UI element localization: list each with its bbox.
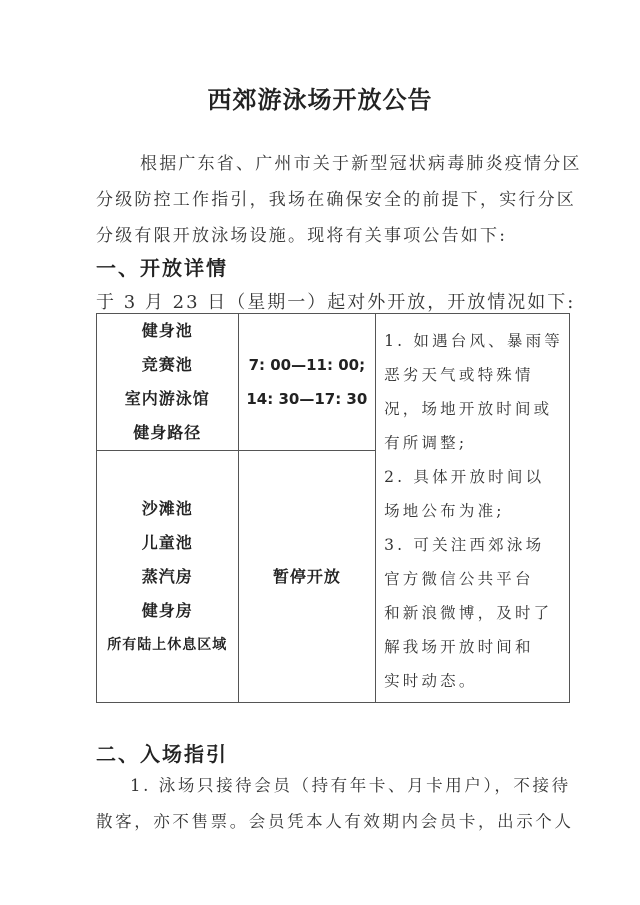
- entry-guide-paragraph: 1. 泳场只接待会员（持有年卡、月卡用户），不接待 散客，亦不售票。会员凭本人有…: [96, 768, 570, 840]
- table-row: 健身池 竞赛池 室内游泳馆 健身路径 7: 00—11: 00; 14: 30—…: [97, 314, 570, 451]
- hours-cell: 7: 00—11: 00; 14: 30—17: 30: [238, 314, 375, 451]
- note-line: 场地公布为准;: [384, 494, 563, 528]
- facility: 健身池: [97, 314, 238, 348]
- notes-cell: 1. 如遇台风、暴雨等 恶劣天气或特殊情 况，场地开放时间或 有所调整; 2. …: [376, 314, 570, 703]
- intro-line: 分级有限开放泳场设施。现将有关事项公告如下:: [96, 218, 570, 254]
- facility: 儿童池: [97, 526, 238, 560]
- intro-line: 分级防控工作指引，我场在确保安全的前提下，实行分区: [96, 182, 570, 218]
- facilities-cell: 健身池 竞赛池 室内游泳馆 健身路径: [97, 314, 239, 451]
- note-line: 解我场开放时间和: [384, 630, 563, 664]
- entry-guide-line: 1. 泳场只接待会员（持有年卡、月卡用户），不接待: [96, 768, 570, 804]
- note-line: 况，场地开放时间或: [384, 392, 563, 426]
- facility: 沙滩池: [97, 492, 238, 526]
- note-line: 恶劣天气或特殊情: [384, 358, 563, 392]
- facility: 所有陆上休息区域: [97, 628, 238, 662]
- opening-schedule-table: 健身池 竞赛池 室内游泳馆 健身路径 7: 00—11: 00; 14: 30—…: [96, 313, 570, 703]
- facility: 健身路径: [97, 416, 238, 450]
- notes-list: 1. 如遇台风、暴雨等 恶劣天气或特殊情 况，场地开放时间或 有所调整; 2. …: [376, 314, 569, 698]
- section-heading-entry-guide: 二、入场指引: [96, 738, 228, 767]
- facility: 蒸汽房: [97, 560, 238, 594]
- note-line: 1. 如遇台风、暴雨等: [384, 324, 563, 358]
- facility: 室内游泳馆: [97, 382, 238, 416]
- facilities-cell: 沙滩池 儿童池 蒸汽房 健身房 所有陆上休息区域: [97, 451, 239, 703]
- hours-value: 14: 30—17: 30: [239, 382, 375, 416]
- note-line: 和新浪微博，及时了: [384, 596, 563, 630]
- section-heading-open-details: 一、开放详情: [96, 252, 228, 281]
- note-line: 实时动态。: [384, 664, 563, 698]
- page-title: 西郊游泳场开放公告: [0, 80, 640, 115]
- note-line: 2. 具体开放时间以: [384, 460, 563, 494]
- note-line: 3. 可关注西郊泳场: [384, 528, 563, 562]
- note-line: 官方微信公共平台: [384, 562, 563, 596]
- section-lead: 于 3 月 23 日（星期一）起对外开放，开放情况如下:: [96, 288, 575, 314]
- entry-guide-line: 散客，亦不售票。会员凭本人有效期内会员卡，出示个人: [96, 804, 570, 840]
- hours-cell: 暂停开放: [238, 451, 375, 703]
- hours-value: 7: 00—11: 00;: [239, 348, 375, 382]
- intro-line: 根据广东省、广州市关于新型冠状病毒肺炎疫情分区: [96, 146, 570, 182]
- intro-paragraph: 根据广东省、广州市关于新型冠状病毒肺炎疫情分区 分级防控工作指引，我场在确保安全…: [96, 146, 570, 254]
- facility: 竞赛池: [97, 348, 238, 382]
- facility: 健身房: [97, 594, 238, 628]
- status-closed: 暂停开放: [239, 560, 375, 594]
- note-line: 有所调整;: [384, 426, 563, 460]
